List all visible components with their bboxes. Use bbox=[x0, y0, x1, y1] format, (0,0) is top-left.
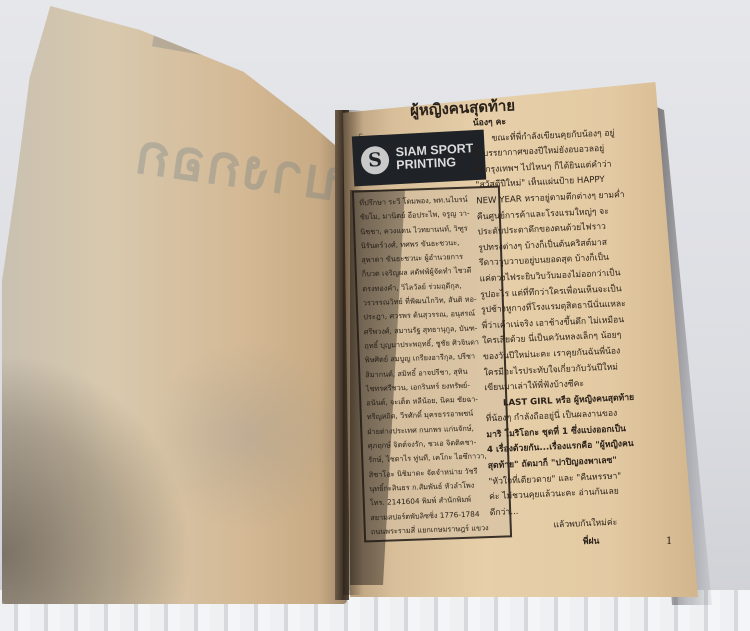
publisher-name-line2: PRINTING bbox=[396, 155, 474, 172]
show-through-illustration bbox=[152, 336, 342, 536]
show-through-title: บางกอก bbox=[37, 96, 346, 226]
show-through-banner bbox=[152, 30, 332, 77]
publisher-name: SIAM SPORT PRINTING bbox=[395, 142, 474, 172]
editorial-letter: น้องๆ คะขณะที่พี่กำลังเขียนคุยกับน้องๆ อ… bbox=[473, 108, 692, 555]
inside-cover-page: บางกอก bbox=[2, 6, 347, 604]
publisher-logo-box: S SIAM SPORT PRINTING bbox=[352, 130, 486, 187]
page-number: 1 bbox=[666, 536, 672, 547]
siam-sport-logo-icon: S bbox=[360, 146, 389, 175]
